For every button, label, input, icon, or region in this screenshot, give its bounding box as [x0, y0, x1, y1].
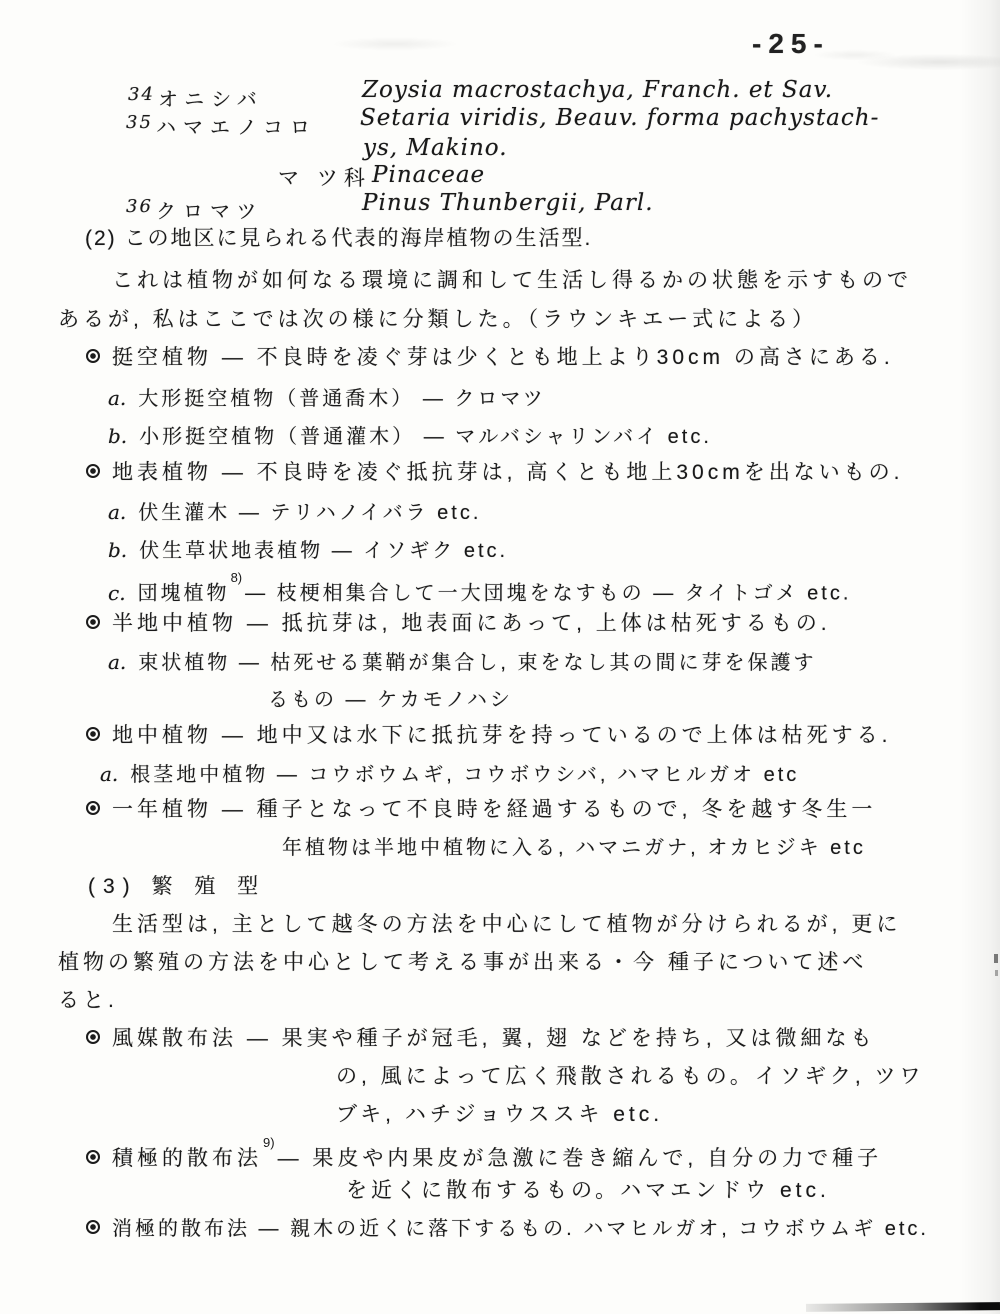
- subitem-label: a.: [100, 762, 118, 786]
- item-text: 伏生草状地表植物 — イソギク etc.: [139, 540, 508, 562]
- continuation-line: ブキ, ハチジョウススキ etc.: [336, 1102, 663, 1128]
- subitem-label: a.: [108, 650, 126, 674]
- bullet-icon: [86, 349, 100, 363]
- item-text: 消極的散布法 — 親木の近くに落下するもの. ハマヒルガオ, コウボウムギ et…: [112, 1218, 929, 1240]
- section-heading-life-form: (2) この地区に見られる代表的海岸植物の生活型.: [85, 226, 592, 252]
- subitem-label: a.: [108, 386, 126, 410]
- item-text: 半地中植物 — 抵抗芽は, 地表面にあって, 上体は枯死するもの.: [112, 612, 831, 635]
- subitem-label: a.: [108, 500, 126, 524]
- footnote-ref: 9): [263, 1135, 275, 1150]
- page-number: -25-: [752, 28, 830, 60]
- species-latin-name-continued: ys, Makino.: [363, 134, 508, 162]
- bullet-icon: [86, 615, 100, 629]
- propagation-item: 風媒散布法 — 果実や種子が冠毛, 翼, 翅 などを持ち, 又は微細なも: [86, 1026, 876, 1052]
- item-text: 大形挺空植物（普通喬木） — クロマツ: [138, 388, 546, 410]
- life-form-item: 挺空植物 — 不良時を凌ぐ芽は少くとも地上より30cm の高さにある.: [86, 345, 894, 371]
- item-text: — 枝梗相集合して一大団塊をなすもの — タイトゴメ etc.: [245, 583, 851, 605]
- life-form-subitem: c.団塊植物8)— 枝梗相集合して一大団塊をなすもの — タイトゴメ etc.: [108, 575, 851, 607]
- scan-edge-mark: [994, 954, 998, 963]
- species-number: 34: [128, 84, 155, 105]
- continuation-line: の, 風によって広く飛散されるもの。イソギク, ツワ: [336, 1064, 925, 1090]
- life-form-subitem: a.根茎地中植物 — コウボウムギ, コウボウシバ, ハマヒルガオ etc: [100, 761, 799, 788]
- intro-line: 植物の繁殖の方法を中心として考える事が出来る・今 種子について述べ: [58, 950, 867, 976]
- species-latin-name: Zoysia macrostachya, Franch. et Sav.: [362, 76, 833, 104]
- subitem-label: c.: [108, 581, 126, 605]
- life-form-subitem: b.小形挺空植物（普通灌木） — マルバシャリンバイ etc.: [108, 423, 712, 450]
- species-latin-name: Setaria viridis, Beauv. forma pachystach…: [360, 104, 879, 132]
- species-latin-name: Pinus Thunbergii, Parl.: [362, 189, 654, 217]
- life-form-item: 一年植物 — 種子となって不良時を経過するもので, 冬を越す冬生一: [86, 797, 876, 823]
- subitem-label: b.: [108, 538, 127, 562]
- life-form-subitem: a.大形挺空植物（普通喬木） — クロマツ: [108, 385, 546, 412]
- species-number: 35: [126, 112, 153, 133]
- item-text: 地表植物 — 不良時を凌ぐ抵抗芽は, 高くとも地上30cmを出ないもの.: [112, 461, 904, 484]
- item-text: 風媒散布法 — 果実や種子が冠毛, 翼, 翅 などを持ち, 又は微細なも: [112, 1027, 876, 1050]
- life-form-subitem: a.伏生灌木 — テリハノイバラ etc.: [108, 499, 481, 526]
- species-kana: ハマエノコロ: [156, 111, 317, 140]
- item-text: — 果皮や内果皮が急激に巻き縮んで, 自分の力で種子: [278, 1147, 883, 1170]
- species-kana: オニシバ: [158, 83, 264, 112]
- document-page: -25- 34 オニシバ Zoysia macrostachya, Franch…: [0, 0, 1000, 1314]
- life-form-item: 地中植物 — 地中又は水下に抵抗芽を持っているので上体は枯死する.: [86, 723, 892, 749]
- intro-line: あるが, 私はここでは次の様に分類した。（ラウンキエー式による）: [58, 307, 817, 333]
- section-heading-propagation: (3) 繁 殖 型: [88, 874, 266, 900]
- species-kana: クロマツ: [156, 195, 263, 224]
- item-text: 根茎地中植物 — コウボウムギ, コウボウシバ, ハマヒルガオ etc: [130, 764, 799, 786]
- item-text: 一年植物 — 種子となって不良時を経過するもので, 冬を越す冬生一: [112, 798, 876, 821]
- continuation-line: るもの — ケカモノハシ: [268, 687, 513, 713]
- life-form-subitem: b.伏生草状地表植物 — イソギク etc.: [108, 537, 508, 564]
- intro-line: ると.: [58, 988, 118, 1014]
- bullet-icon: [86, 727, 100, 741]
- scan-bottom-line: [806, 1302, 1000, 1312]
- item-term: 積極的散布法: [112, 1147, 262, 1170]
- footnote-ref: 8): [231, 570, 243, 585]
- life-form-item: 地表植物 — 不良時を凌ぐ抵抗芽は, 高くとも地上30cmを出ないもの.: [86, 460, 904, 486]
- item-text: 挺空植物 — 不良時を凌ぐ芽は少くとも地上より30cm の高さにある.: [112, 346, 894, 369]
- propagation-item: 消極的散布法 — 親木の近くに落下するもの. ハマヒルガオ, コウボウムギ et…: [86, 1216, 929, 1242]
- family-name-latin: Pinaceae: [372, 161, 485, 189]
- intro-line: 生活型は, 主として越冬の方法を中心にして植物が分けられるが, 更に: [112, 912, 901, 938]
- subitem-label: b.: [108, 424, 127, 448]
- species-number: 36: [126, 196, 153, 217]
- life-form-item: 半地中植物 — 抵抗芽は, 地表面にあって, 上体は枯死するもの.: [86, 611, 831, 637]
- item-text: 地中植物 — 地中又は水下に抵抗芽を持っているので上体は枯死する.: [112, 724, 892, 747]
- continuation-line: 年植物は半地中植物に入る, ハマニガナ, オカヒジキ etc: [282, 835, 866, 861]
- life-form-subitem: a.束状植物 — 枯死せる葉鞘が集合し, 束をなし其の間に芽を保護す: [108, 649, 817, 676]
- continuation-line: を近くに散布するもの。ハマエンドウ etc.: [346, 1178, 830, 1204]
- item-text: 伏生灌木 — テリハノイバラ etc.: [138, 502, 481, 524]
- bullet-icon: [86, 1030, 100, 1044]
- item-text: 小形挺空植物（普通灌木） — マルバシャリンバイ etc.: [139, 426, 712, 448]
- bullet-icon: [86, 801, 100, 815]
- bullet-icon: [86, 1220, 100, 1234]
- bullet-icon: [86, 1150, 100, 1164]
- item-text: 束状植物 — 枯死せる葉鞘が集合し, 束をなし其の間に芽を保護す: [138, 652, 816, 674]
- family-name-jp: マ ツ科: [278, 166, 371, 192]
- propagation-item: 積極的散布法9)— 果皮や内果皮が急激に巻き縮んで, 自分の力で種子: [86, 1140, 882, 1172]
- item-term: 団塊植物: [138, 583, 230, 605]
- scan-edge-mark: [995, 970, 998, 976]
- bullet-icon: [86, 464, 100, 478]
- intro-line: これは植物が如何なる環境に調和して生活し得るかの状態を示すもので: [112, 268, 912, 294]
